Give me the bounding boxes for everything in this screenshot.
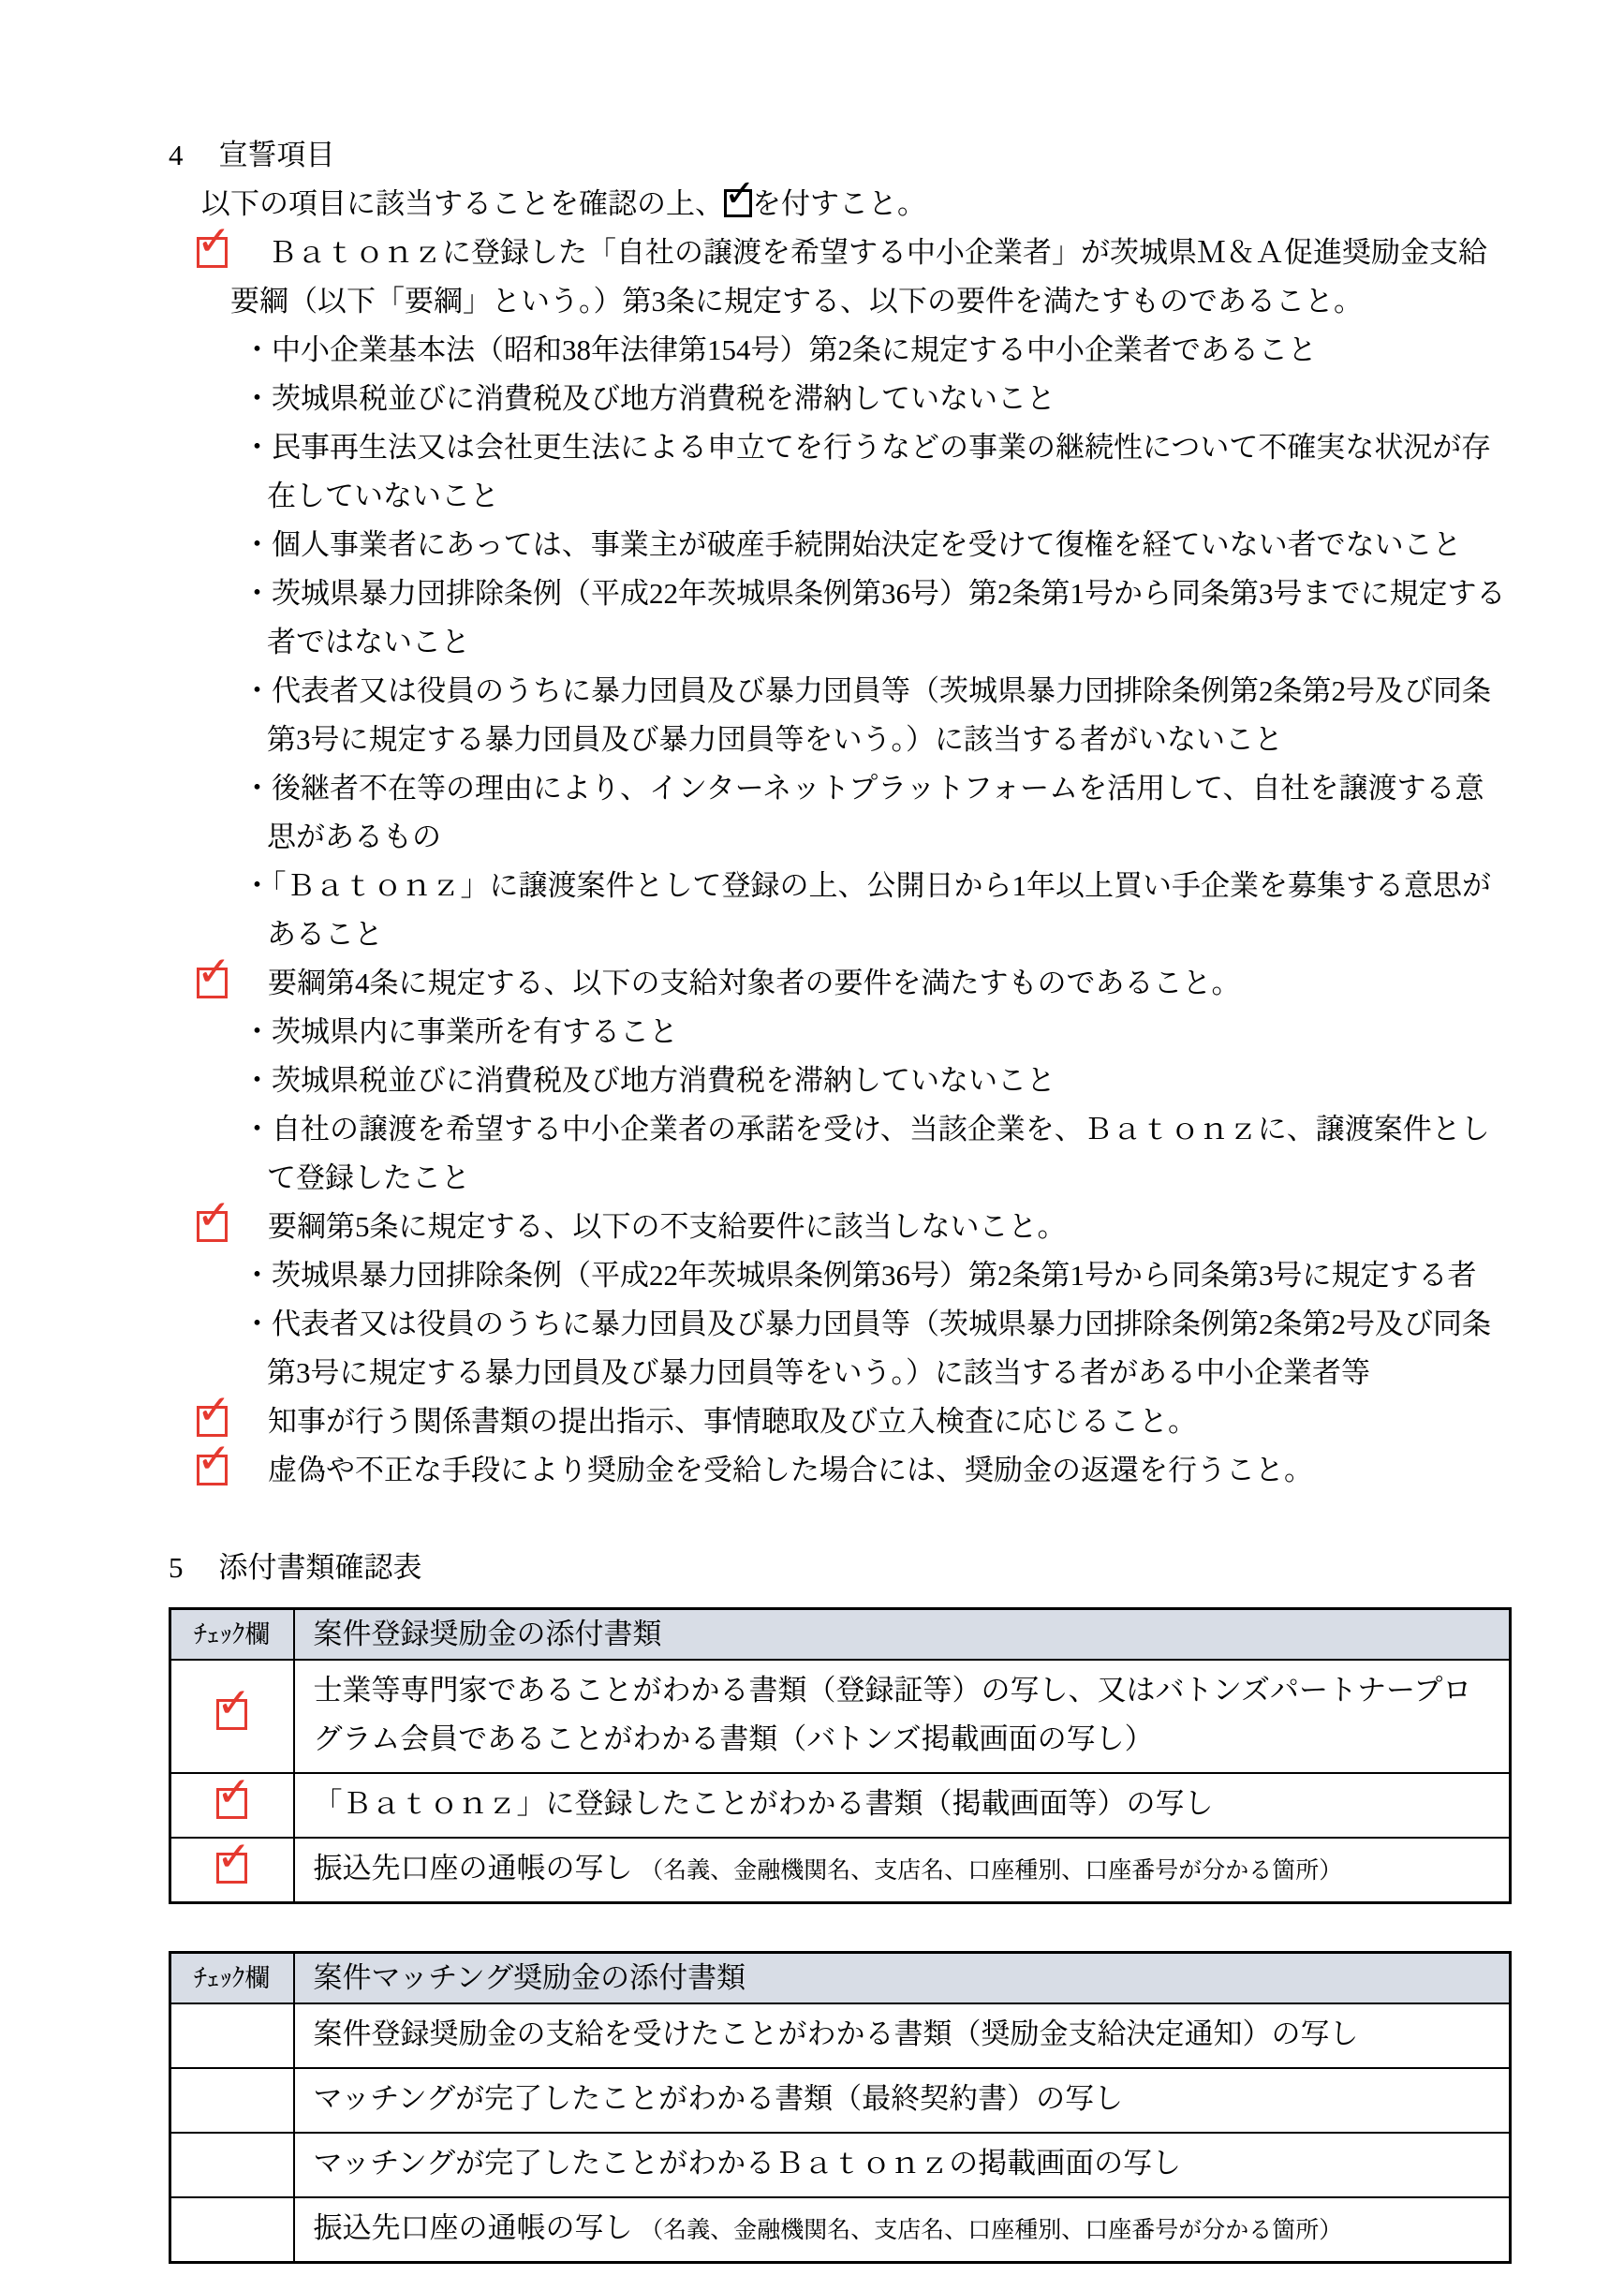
document-column-header: 案件登録奨励金の添付書類 xyxy=(294,1609,1511,1661)
table-row: ✓ マッチングが完了したことがわかるＢａｔｏｎｚの掲載画面の写し xyxy=(170,2133,1511,2197)
pledge-item-text: 知事が行う関係書類の提出指示、事情聴取及び立入検査に応じること。 xyxy=(230,1397,1512,1446)
pledge-item-text: 要綱第4条に規定する、以下の支給対象者の要件を満たすものであること。 xyxy=(230,959,1512,1008)
checkbox-checked-icon: ✓ xyxy=(216,1699,247,1730)
attachment-table-registration: ﾁｪｯｸ欄 案件登録奨励金の添付書類 ✓ 士業等専門家であることがわかる書類（登… xyxy=(169,1607,1512,1904)
pledge-sub-item: ・後継者不在等の理由により、インターネットプラットフォームを活用して、自社を譲渡… xyxy=(267,764,1512,862)
section-pledge-items: 4 宣誓項目 以下の項目に該当することを確認の上、✓を付すこと。 ✓ Ｂａｔｏｎ… xyxy=(169,131,1512,1495)
bullet-marker: ・ xyxy=(243,1064,272,1097)
bullet-marker: ・ xyxy=(243,528,272,561)
pledge-item: ✓ 虚偽や不正な手段により奨励金を受給した場合には、奨励金の返還を行うこと。 xyxy=(169,1446,1512,1495)
check-tick-icon: ✓ xyxy=(216,1683,251,1724)
table-row: ✓ 案件登録奨励金の支給を受けたことがわかる書類（奨励金支給決定通知）の写し xyxy=(170,2003,1511,2068)
table-row: ✓ 「Ｂａｔｏｎｚ」に登録したことがわかる書類（掲載画面等）の写し xyxy=(170,1773,1511,1838)
pledge-sub-item-text: 個人事業者にあっては、事業主が破産手続開始決定を受けて復権を経ていない者でないこ… xyxy=(272,528,1462,561)
check-cell: ✓ xyxy=(170,1660,294,1773)
intro-suffix: を付すこと。 xyxy=(752,187,926,220)
attachment-table-matching: ﾁｪｯｸ欄 案件マッチング奨励金の添付書類 ✓ 案件登録奨励金の支給を受けたこと… xyxy=(169,1951,1512,2264)
document-text: 士業等専門家であることがわかる書類（登録証等）の写し、又はバトンズパートナープロ… xyxy=(314,1674,1472,1755)
checkbox-checked-icon: ✓ xyxy=(197,1406,228,1437)
section-attachment-checklist: 5 添付書類確認表 ﾁｪｯｸ欄 案件登録奨励金の添付書類 ✓ 士業等専門家である… xyxy=(169,1544,1512,2264)
bullet-marker: ・ xyxy=(243,577,272,610)
check-tick-icon: ✓ xyxy=(216,1837,251,1878)
check-cell: ✓ xyxy=(170,1838,294,1903)
pledge-sub-item: ・個人事業者にあっては、事業主が破産手続開始決定を受けて復権を経ていない者でない… xyxy=(267,521,1512,569)
check-tick-icon: ✓ xyxy=(724,175,756,213)
pledge-item-text: 要綱第5条に規定する、以下の不支給要件に該当しないこと。 xyxy=(230,1203,1512,1251)
document-cell: マッチングが完了したことがわかる書類（最終契約書）の写し xyxy=(294,2068,1511,2133)
check-cell: ✓ xyxy=(170,1773,294,1838)
bullet-marker: ・ xyxy=(243,1308,272,1340)
section5-title: 添付書類確認表 xyxy=(219,1544,422,1592)
pledge-sub-item-text: 茨城県暴力団排除条例（平成22年茨城県条例第36号）第2条第1号から同条第3号ま… xyxy=(267,577,1506,658)
document-cell: 振込先口座の通帳の写し （名義、金融機関名、支店名、口座種別、口座番号が分かる箇… xyxy=(294,2197,1511,2263)
document-text: マッチングが完了したことがわかるＢａｔｏｎｚの掲載画面の写し xyxy=(314,2147,1182,2180)
table-row: ✓ 振込先口座の通帳の写し （名義、金融機関名、支店名、口座種別、口座番号が分か… xyxy=(170,1838,1511,1903)
pledge-sub-item-text: 民事再生法又は会社更生法による申立てを行うなどの事業の継続性について不確実な状況… xyxy=(267,431,1490,512)
table-row: ✓ マッチングが完了したことがわかる書類（最終契約書）の写し xyxy=(170,2068,1511,2133)
pledge-item-text: Ｂａｔｏｎｚに登録した「自社の譲渡を希望する中小企業者」が茨城県Ｍ＆Ａ促進奨励金… xyxy=(230,229,1512,326)
pledge-sub-item-text: 茨城県内に事業所を有すること xyxy=(272,1015,678,1048)
bullet-marker: ・ xyxy=(243,431,272,464)
checkbox-checked-icon: ✓ xyxy=(216,1788,247,1819)
pledge-item: ✓ 要綱第4条に規定する、以下の支給対象者の要件を満たすものであること。 ・茨城… xyxy=(169,959,1512,1203)
check-column-header: ﾁｪｯｸ欄 xyxy=(170,1953,294,2004)
checkbox-checked-icon: ✓ xyxy=(724,189,752,217)
pledge-sub-item: ・茨城県税並びに消費税及び地方消費税を滞納していないこと xyxy=(267,1057,1512,1105)
pledge-sub-item: ・茨城県内に事業所を有すること xyxy=(267,1008,1512,1057)
bullet-marker: ・ xyxy=(243,1113,272,1145)
section4-title: 宣誓項目 xyxy=(219,131,335,180)
checkbox-checked-icon: ✓ xyxy=(197,968,228,998)
check-tick-icon: ✓ xyxy=(197,221,231,262)
checkbox-checked-icon: ✓ xyxy=(197,1211,228,1242)
document-note: （名義、金融機関名、支店名、口座種別、口座番号が分かる箇所） xyxy=(640,2218,1342,2243)
pledge-sub-item: ・代表者又は役員のうちに暴力団員及び暴力団員等（茨城県暴力団排除条例第2条第2号… xyxy=(267,667,1512,764)
pledge-item-text: 虚偽や不正な手段により奨励金を受給した場合には、奨励金の返還を行うこと。 xyxy=(230,1446,1512,1495)
intro-prefix: 以下の項目に該当することを確認の上、 xyxy=(201,187,724,220)
checkbox-checked-icon: ✓ xyxy=(197,1455,228,1485)
check-tick-icon: ✓ xyxy=(197,952,231,993)
pledge-sub-item-text: 代表者又は役員のうちに暴力団員及び暴力団員等（茨城県暴力団排除条例第2条第2号及… xyxy=(267,1308,1491,1389)
document-text: マッチングが完了したことがわかる書類（最終契約書）の写し xyxy=(314,2082,1124,2115)
check-cell: ✓ xyxy=(170,2003,294,2068)
pledge-sub-item-text: 茨城県税並びに消費税及び地方消費税を滞納していないこと xyxy=(272,382,1056,415)
pledge-sub-item-text: 代表者又は役員のうちに暴力団員及び暴力団員等（茨城県暴力団排除条例第2条第2号及… xyxy=(267,674,1491,756)
pledge-sub-item-text: 中小企業基本法（昭和38年法律第154号）第2条に規定する中小企業者であること xyxy=(272,333,1317,366)
pledge-sub-item: ・茨城県暴力団排除条例（平成22年茨城県条例第36号）第2条第1号から同条第3号… xyxy=(267,569,1512,667)
pledge-sub-item: ・茨城県暴力団排除条例（平成22年茨城県条例第36号）第2条第1号から同条第3号… xyxy=(267,1251,1512,1300)
bullet-marker: ・ xyxy=(243,333,272,366)
document-text: 振込先口座の通帳の写し xyxy=(314,2211,641,2244)
document-text: 案件登録奨励金の支給を受けたことがわかる書類（奨励金支給決定通知）の写し xyxy=(314,2017,1359,2050)
checkbox-checked-icon: ✓ xyxy=(216,1853,247,1884)
pledge-sub-item: ・茨城県税並びに消費税及び地方消費税を滞納していないこと xyxy=(267,375,1512,423)
table-header-row: ﾁｪｯｸ欄 案件登録奨励金の添付書類 xyxy=(170,1609,1511,1661)
pledge-sub-item-text: 茨城県税並びに消費税及び地方消費税を滞納していないこと xyxy=(272,1064,1056,1097)
document-cell: 案件登録奨励金の支給を受けたことがわかる書類（奨励金支給決定通知）の写し xyxy=(294,2003,1511,2068)
document-cell: 振込先口座の通帳の写し （名義、金融機関名、支店名、口座種別、口座番号が分かる箇… xyxy=(294,1838,1511,1903)
bullet-marker: ・ xyxy=(243,772,272,805)
check-tick-icon: ✓ xyxy=(197,1195,231,1236)
pledge-sub-item: ・自社の譲渡を希望する中小企業者の承諾を受け、当該企業を、Ｂａｔｏｎｚに、譲渡案… xyxy=(267,1105,1512,1203)
document-column-header: 案件マッチング奨励金の添付書類 xyxy=(294,1953,1511,2004)
table-row: ✓ 振込先口座の通帳の写し （名義、金融機関名、支店名、口座種別、口座番号が分か… xyxy=(170,2197,1511,2263)
section4-heading: 4 宣誓項目 xyxy=(169,131,1512,180)
document-cell: 「Ｂａｔｏｎｚ」に登録したことがわかる書類（掲載画面等）の写し xyxy=(294,1773,1511,1838)
check-cell: ✓ xyxy=(170,2068,294,2133)
pledge-sub-item-text: 自社の譲渡を希望する中小企業者の承諾を受け、当該企業を、Ｂａｔｏｎｚに、譲渡案件… xyxy=(267,1113,1490,1194)
bullet-marker: ・ xyxy=(243,1015,272,1048)
pledge-sub-item: ・代表者又は役員のうちに暴力団員及び暴力団員等（茨城県暴力団排除条例第2条第2号… xyxy=(267,1300,1512,1397)
document-text: 振込先口座の通帳の写し xyxy=(314,1852,641,1884)
pledge-sub-item-text: 茨城県暴力団排除条例（平成22年茨城県条例第36号）第2条第1号から同条第3号に… xyxy=(272,1259,1477,1292)
table-row: ✓ 士業等専門家であることがわかる書類（登録証等）の写し、又はバトンズパートナー… xyxy=(170,1660,1511,1773)
pledge-item: ✓ 知事が行う関係書類の提出指示、事情聴取及び立入検査に応じること。 xyxy=(169,1397,1512,1446)
document-content: 4 宣誓項目 以下の項目に該当することを確認の上、✓を付すこと。 ✓ Ｂａｔｏｎ… xyxy=(169,131,1512,2264)
document-cell: 士業等専門家であることがわかる書類（登録証等）の写し、又はバトンズパートナープロ… xyxy=(294,1660,1511,1773)
check-cell: ✓ xyxy=(170,2133,294,2197)
document-cell: マッチングが完了したことがわかるＢａｔｏｎｚの掲載画面の写し xyxy=(294,2133,1511,2197)
pledge-sub-item-text: 「Ｂａｔｏｎｚ」に譲渡案件として登録の上、公開日から1年以上買い手企業を募集する… xyxy=(267,869,1491,951)
check-cell: ✓ xyxy=(170,2197,294,2263)
section5-number: 5 xyxy=(169,1544,184,1592)
document-text: 「Ｂａｔｏｎｚ」に登録したことがわかる書類（掲載画面等）の写し xyxy=(314,1787,1214,1820)
check-tick-icon: ✓ xyxy=(197,1390,231,1431)
pledge-item: ✓ Ｂａｔｏｎｚに登録した「自社の譲渡を希望する中小企業者」が茨城県Ｍ＆Ａ促進奨… xyxy=(169,229,1512,959)
document-note: （名義、金融機関名、支店名、口座種別、口座番号が分かる箇所） xyxy=(640,1858,1342,1884)
document-page: 4 宣誓項目 以下の項目に該当することを確認の上、✓を付すこと。 ✓ Ｂａｔｏｎ… xyxy=(0,0,1624,2276)
check-tick-icon: ✓ xyxy=(216,1772,251,1813)
pledge-item: ✓ 要綱第5条に規定する、以下の不支給要件に該当しないこと。 ・茨城県暴力団排除… xyxy=(169,1203,1512,1397)
section4-number: 4 xyxy=(169,131,184,180)
check-tick-icon: ✓ xyxy=(197,1439,231,1480)
checkbox-checked-icon: ✓ xyxy=(197,237,228,268)
bullet-marker: ・ xyxy=(243,382,272,415)
pledge-sub-item: ・「Ｂａｔｏｎｚ」に譲渡案件として登録の上、公開日から1年以上買い手企業を募集す… xyxy=(267,862,1512,959)
table-header-row: ﾁｪｯｸ欄 案件マッチング奨励金の添付書類 xyxy=(170,1953,1511,2004)
bullet-marker: ・ xyxy=(243,1259,272,1292)
bullet-marker: ・ xyxy=(243,674,272,707)
check-column-header: ﾁｪｯｸ欄 xyxy=(170,1609,294,1661)
bullet-marker: ・ xyxy=(243,869,272,902)
pledge-sub-item: ・民事再生法又は会社更生法による申立てを行うなどの事業の継続性について不確実な状… xyxy=(267,423,1512,521)
section5-heading: 5 添付書類確認表 xyxy=(169,1544,1512,1592)
pledge-sub-item-text: 後継者不在等の理由により、インターネットプラットフォームを活用して、自社を譲渡す… xyxy=(267,772,1484,853)
pledge-sub-item: ・中小企業基本法（昭和38年法律第154号）第2条に規定する中小企業者であること xyxy=(267,326,1512,375)
section4-intro: 以下の項目に該当することを確認の上、✓を付すこと。 xyxy=(201,180,1512,229)
